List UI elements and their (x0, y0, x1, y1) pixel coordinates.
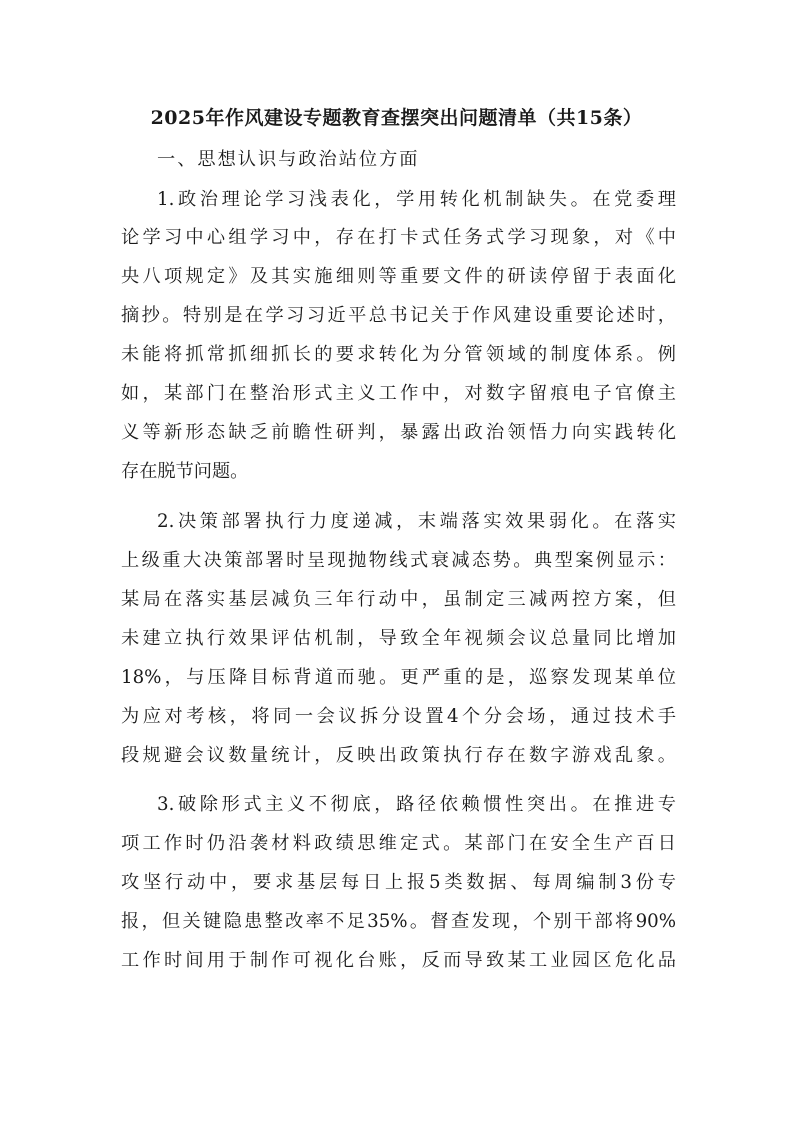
paragraph-1-line: 央八项规定》及其实施细则等重要文件的研读停留于表面化 (121, 262, 676, 288)
paragraph-3-line: 3.破除形式主义不彻底，路径依赖惯性突出。在推进专 (157, 790, 676, 816)
paragraph-2-line: 为应对考核，将同一会议拆分设置4个分会场，通过技术手 (121, 702, 676, 728)
paragraph-2-line: 18%，与压降目标背道而驰。更严重的是，巡察发现某单位 (121, 663, 676, 689)
paragraph-3-line: 报，但关键隐患整改率不足35%。督查发现，个别干部将90% (121, 907, 676, 933)
paragraph-1-line: 义等新形态缺乏前瞻性研判，暴露出政治领悟力向实践转化 (121, 418, 676, 444)
paragraph-1-line: 如，某部门在整治形式主义工作中，对数字留痕电子官僚主 (121, 379, 676, 405)
paragraph-2-line: 某局在落实基层减负三年行动中，虽制定三减两控方案，但 (121, 585, 676, 611)
paragraph-2-line: 上级重大决策部署时呈现抛物线式衰减态势。典型案例显示： (121, 546, 676, 572)
paragraph-1-line: 存在脱节问题。 (121, 457, 676, 483)
paragraph-2-line: 2.决策部署执行力度递减，末端落实效果弱化。在落实 (157, 507, 676, 533)
paragraph-1-line: 摘抄。特别是在学习习近平总书记关于作风建设重要论述时， (121, 301, 676, 327)
document-title: 2025年作风建设专题教育查摆突出问题清单（共15条） (0, 103, 793, 130)
paragraph-3-line: 攻坚行动中，要求基层每日上报5类数据、每周编制3份专 (121, 868, 676, 894)
document-page: 2025年作风建设专题教育查摆突出问题清单（共15条） 一、思想认识与政治站位方… (0, 0, 793, 1122)
section-heading: 一、思想认识与政治站位方面 (157, 145, 419, 171)
paragraph-2-line: 未建立执行效果评估机制，导致全年视频会议总量同比增加 (121, 624, 676, 650)
paragraph-3-line: 工作时间用于制作可视化台账，反而导致某工业园区危化品 (121, 946, 676, 972)
paragraph-2-line: 段规避会议数量统计，反映出政策执行存在数字游戏乱象。 (121, 741, 676, 767)
paragraph-1-line: 未能将抓常抓细抓长的要求转化为分管领域的制度体系。例 (121, 340, 676, 366)
paragraph-3-line: 项工作时仍沿袭材料政绩思维定式。某部门在安全生产百日 (121, 829, 676, 855)
paragraph-1-line: 1.政治理论学习浅表化，学用转化机制缺失。在党委理 (157, 185, 676, 211)
paragraph-1-line: 论学习中心组学习中，存在打卡式任务式学习现象，对《中 (121, 223, 676, 249)
